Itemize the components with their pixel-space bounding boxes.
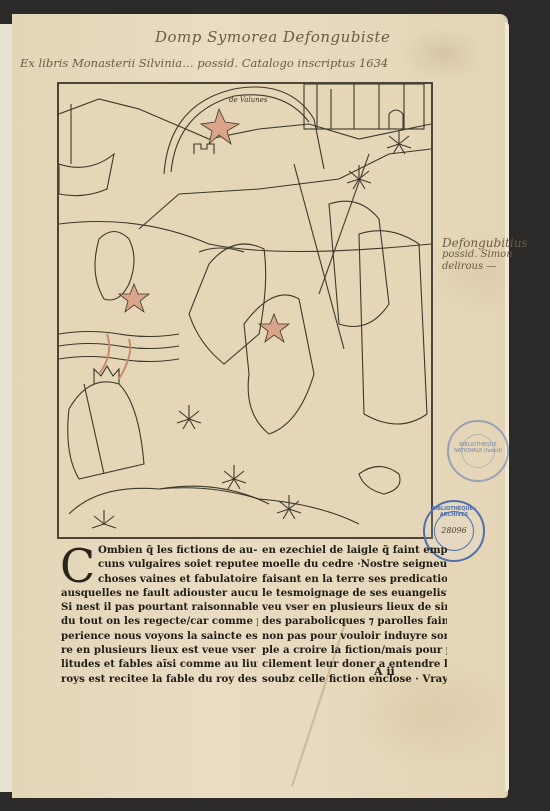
library-stamp-faded: BIBLIOTHEQUE NATIONALE (faded) — [447, 420, 509, 482]
text-line: roys est recitee la fable du roy des arb… — [61, 672, 258, 686]
manuscript-title-note: Domp Symorea Defongubiste — [155, 28, 390, 46]
text-line: veu vser en plusieurs lieux de similitu — [262, 600, 447, 614]
text-line: Si nest il pas pourtant raisonnable que — [61, 600, 258, 614]
text-line: en ezechiel de laigle q̃ faint emporter … — [262, 543, 447, 557]
page-edge — [505, 22, 509, 792]
text-line: non pas pour vouloir induyre son peu- — [262, 629, 447, 643]
text-line: choses vaines et fabulatoires — [61, 572, 258, 586]
text-line: moelle du cedre ·Nostre seigneur aussi — [262, 557, 447, 571]
stamp-text: BIBLIOTHEQUE NATIONALE (faded) — [449, 442, 507, 454]
margin-note-line: delirous — — [442, 261, 532, 273]
text-line: perience nous voyons la saincte escriptu — [61, 629, 258, 643]
text-column-right: en ezechiel de laigle q̃ faint emporter … — [262, 543, 447, 686]
text-line: litudes et fables aĩsi comme au liure de… — [61, 657, 258, 671]
woodcut-scene-icon: de Valunes — [59, 84, 431, 537]
text-line: re en plusieurs lieux est veue vser de s… — [61, 643, 258, 657]
text-line: le tesmoignage de ses euangelistes est — [262, 586, 447, 600]
woodcut-illustration: de Valunes — [57, 82, 433, 539]
stamp-text: BIBLIOTHÈQUE · ARCHIVES — [425, 506, 483, 518]
margin-note: Defongubitius possid. Simon delirous — — [442, 237, 532, 273]
signature-mark: A ii — [374, 665, 395, 678]
text-line: soubz celle fiction enclose · Vray est — [262, 672, 447, 686]
ex-libris-note: Ex libris Monasterii Silvinia… possid. C… — [20, 56, 388, 70]
margin-note-line: Defongubitius — [442, 237, 532, 249]
text-line: des parabolicques ⁊ parolles faintes / — [262, 614, 447, 628]
text-line: faisant en la terre ses predications sel… — [262, 572, 447, 586]
text-line: ple a croire la fiction/mais pour plus f… — [262, 643, 447, 657]
text-line: Ombien q̃ les fictions de au- — [61, 543, 258, 557]
margin-note-line: possid. Simon — [442, 249, 532, 261]
sickle-caption: de Valunes — [229, 96, 268, 104]
text-line: du tout on les regecte/car comme par ex — [61, 614, 258, 628]
text-line: ausquelles ne fault adiouster aucune foy — [61, 586, 258, 600]
text-column-left: Ombien q̃ les fictions de au- cuns vulga… — [61, 543, 258, 686]
text-line: cilement leur doner a entendre la veri — [262, 657, 447, 671]
stamp-number: 28096 — [425, 526, 483, 535]
text-line: cuns vulgaires soiet reputees — [61, 557, 258, 571]
